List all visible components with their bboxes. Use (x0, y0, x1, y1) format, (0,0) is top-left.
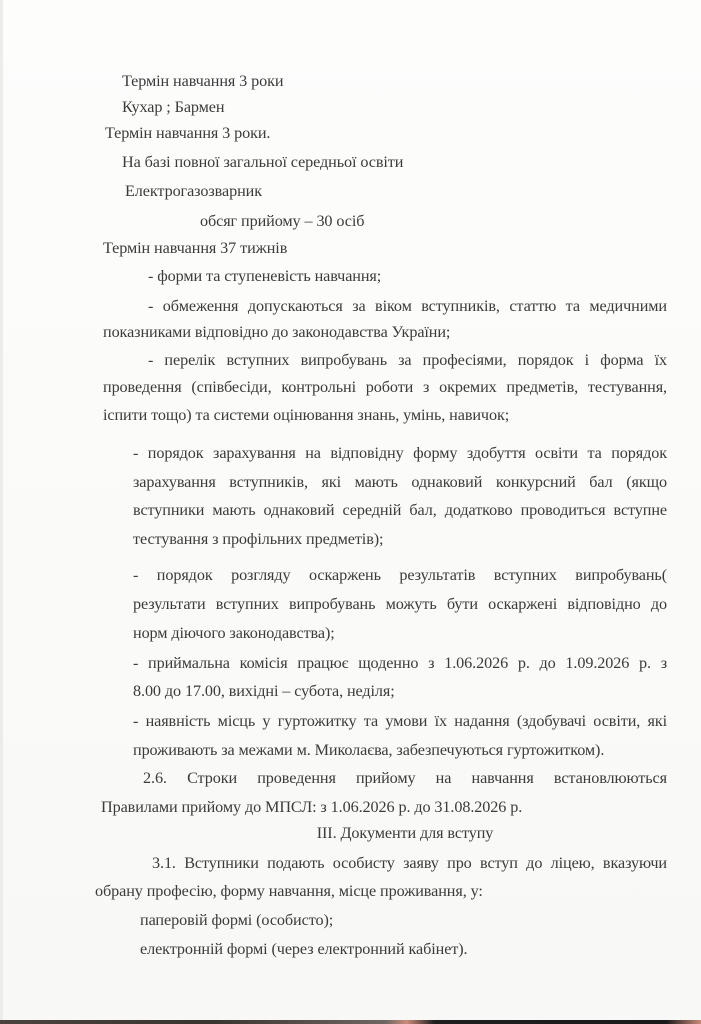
list-item-text: - форми та ступеневість навчання; (148, 266, 381, 286)
list-item-text: тестування з профільних предметів); (133, 529, 383, 549)
paragraph-line: 3.1. Вступники подають особисту заяву пр… (152, 853, 667, 873)
list-item-text: - порядок зарахування на відповідну форм… (133, 443, 667, 463)
study-term-line: Термін навчання 3 роки. (105, 123, 270, 143)
study-term-line: Термін навчання 3 роки (122, 71, 283, 91)
profession-cook-bartender: Кухар ; Бармен (122, 97, 224, 117)
list-item-text: - порядок розгляду оскаржень результатів… (133, 565, 667, 585)
paragraph-line: 2.6. Строки проведення прийому на навчан… (143, 768, 667, 788)
list-item-text: 8.00 до 17.00, вихідні – субота, неділя; (133, 681, 395, 701)
list-item-text: - наявність місць у гуртожитку та умови … (133, 711, 667, 731)
paragraph-line: Правилами прийому до МПСЛ: з 1.06.2026 р… (101, 797, 522, 817)
photo-bottom-edge (0, 1020, 701, 1024)
submission-option-electronic: електронній формі (через електронний каб… (140, 939, 468, 959)
list-item-text: проживають за межами м. Миколаєва, забез… (133, 740, 604, 760)
list-item-text: - перелік вступних випробувань за профес… (148, 350, 667, 370)
list-item-text: вступники мають однаковий середній бал, … (133, 500, 667, 520)
list-item-text: - обмеження допускаються за віком вступн… (148, 296, 667, 316)
list-item-text: результати вступних випробувань можуть б… (133, 594, 667, 614)
admission-volume-line: обсяг прийому – 30 осіб (200, 211, 364, 231)
list-item-text: іспити тощо) та системи оцінювання знань… (103, 405, 509, 425)
section-heading: ІІІ. Документи для вступу (101, 823, 701, 843)
list-item-text: зарахування вступників, які мають однако… (133, 472, 667, 492)
study-term-line: Термін навчання 37 тижнів (103, 238, 287, 258)
document-page: Термін навчання 3 роки Кухар ; Бармен Те… (0, 0, 701, 1020)
list-item-text: норм діючого законодавства); (133, 623, 335, 643)
list-item-text: показниками відповідно до законодавства … (103, 322, 450, 342)
page-left-edge (0, 0, 3, 1020)
list-item-text: проведення (співбесіди, контрольні робот… (103, 377, 667, 397)
submission-option-paper: паперовій формі (особисто); (140, 910, 333, 930)
list-item-text: - приймальна комісія працює щоденно з 1.… (133, 653, 667, 673)
education-basis-line: На базі повної загальної середньої освіт… (122, 152, 403, 172)
profession-welder: Електрогазозварник (125, 181, 262, 201)
paragraph-line: обрану професію, форму навчання, місце п… (95, 881, 483, 901)
